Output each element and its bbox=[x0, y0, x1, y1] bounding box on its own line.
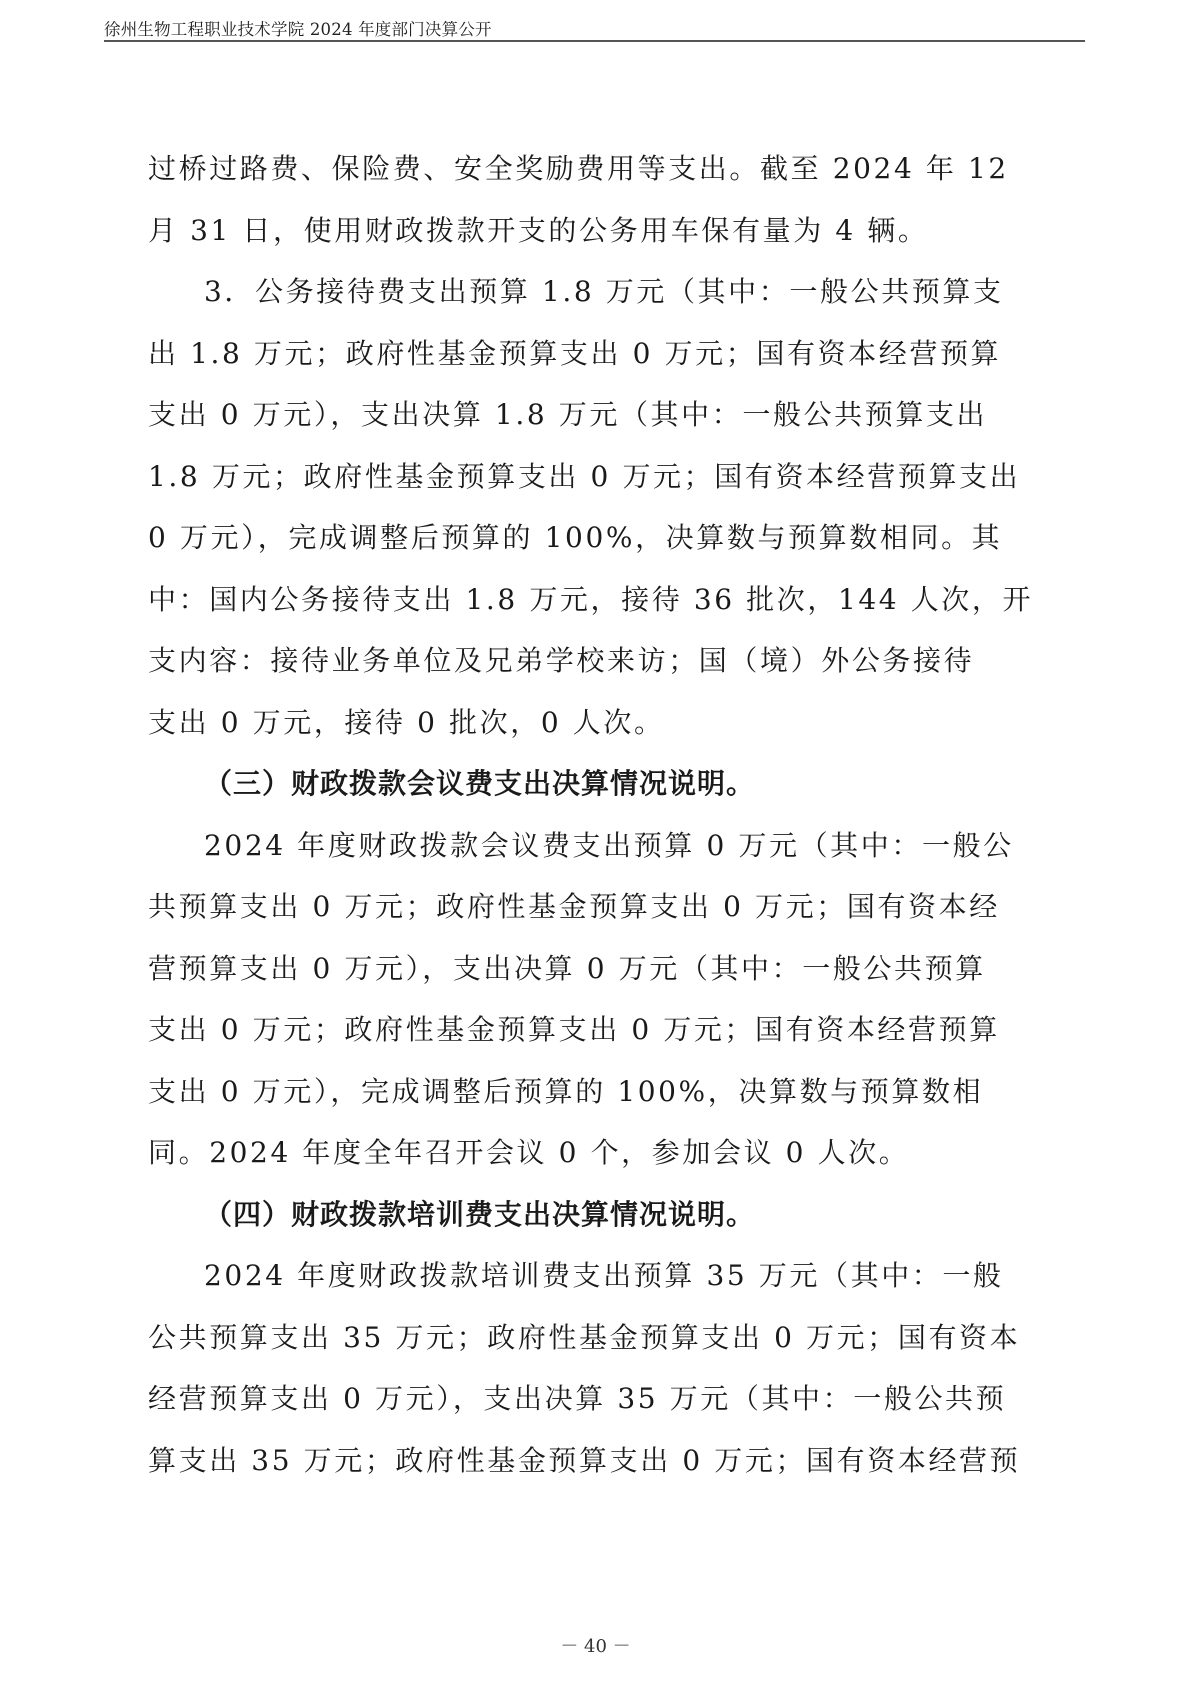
body-line: 中：国内公务接待支出 1.8 万元，接待 36 批次，144 人次，开 bbox=[148, 569, 1044, 631]
body-line: 同。2024 年度全年召开会议 0 个，参加会议 0 人次。 bbox=[148, 1122, 1044, 1184]
body-line: 支出 0 万元，接待 0 批次，0 人次。 bbox=[148, 692, 1044, 754]
body-line: 0 万元），完成调整后预算的 100%，决算数与预算数相同。其 bbox=[148, 507, 1044, 569]
paragraph-start: 2024 年度财政拨款会议费支出预算 0 万元（其中：一般公 bbox=[148, 815, 1044, 877]
paragraph-start: 2024 年度财政拨款培训费支出预算 35 万元（其中：一般 bbox=[148, 1245, 1044, 1307]
body-line: 月 31 日，使用财政拨款开支的公务用车保有量为 4 辆。 bbox=[148, 200, 1044, 262]
body-line: 经营预算支出 0 万元），支出决算 35 万元（其中：一般公共预 bbox=[148, 1368, 1044, 1430]
page-header: 徐州生物工程职业技术学院 2024 年度部门决算公开 bbox=[104, 10, 1085, 43]
body-line: 支出 0 万元；政府性基金预算支出 0 万元；国有资本经营预算 bbox=[148, 999, 1044, 1061]
body-line: 算支出 35 万元；政府性基金预算支出 0 万元；国有资本经营预 bbox=[148, 1430, 1044, 1492]
body-line: 支出 0 万元），完成调整后预算的 100%，决算数与预算数相 bbox=[148, 1061, 1044, 1123]
page-number: － 40 － bbox=[0, 1632, 1191, 1658]
body-line: 过桥过路费、保险费、安全奖励费用等支出。截至 2024 年 12 bbox=[148, 138, 1044, 200]
document-title: 徐州生物工程职业技术学院 2024 年度部门决算公开 bbox=[104, 16, 492, 40]
paragraph-start: 3．公务接待费支出预算 1.8 万元（其中：一般公共预算支 bbox=[148, 261, 1044, 323]
section-heading-training-fees: （四）财政拨款培训费支出决算情况说明。 bbox=[148, 1184, 1044, 1246]
document-body: 过桥过路费、保险费、安全奖励费用等支出。截至 2024 年 12 月 31 日，… bbox=[148, 138, 1044, 1491]
body-line: 共预算支出 0 万元；政府性基金预算支出 0 万元；国有资本经 bbox=[148, 876, 1044, 938]
section-heading-meeting-fees: （三）财政拨款会议费支出决算情况说明。 bbox=[148, 753, 1044, 815]
body-line: 出 1.8 万元；政府性基金预算支出 0 万元；国有资本经营预算 bbox=[148, 323, 1044, 385]
body-line: 公共预算支出 35 万元；政府性基金预算支出 0 万元；国有资本 bbox=[148, 1307, 1044, 1369]
body-line: 支内容：接待业务单位及兄弟学校来访；国（境）外公务接待 bbox=[148, 630, 1044, 692]
body-line: 营预算支出 0 万元），支出决算 0 万元（其中：一般公共预算 bbox=[148, 938, 1044, 1000]
body-line: 支出 0 万元），支出决算 1.8 万元（其中：一般公共预算支出 bbox=[148, 384, 1044, 446]
header-divider bbox=[104, 40, 1085, 42]
body-line: 1.8 万元；政府性基金预算支出 0 万元；国有资本经营预算支出 bbox=[148, 446, 1044, 508]
